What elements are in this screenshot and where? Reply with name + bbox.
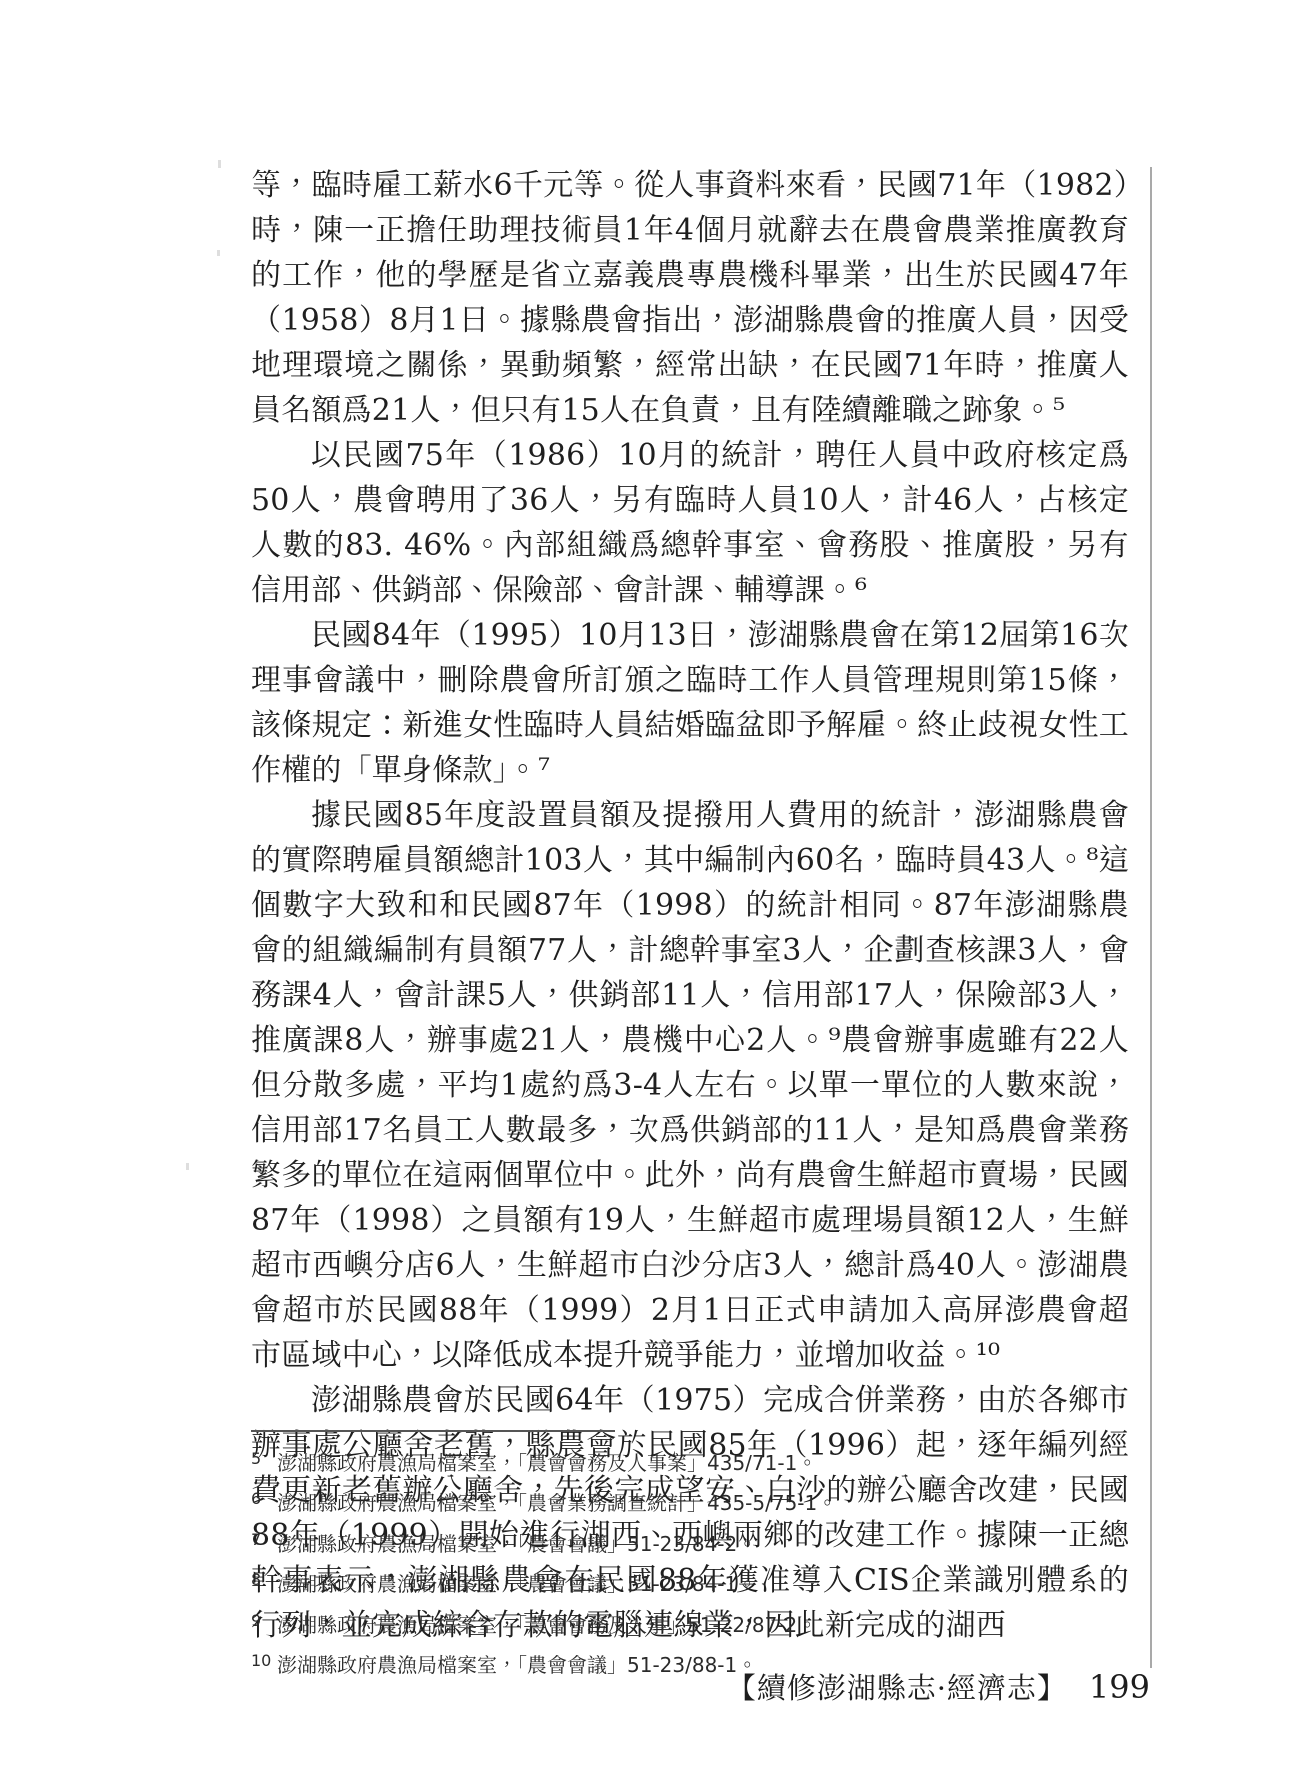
body-paragraph: 以民國75年（1986）10月的統計，聘任人員中政府核定爲50人，農會聘用了36… [251,433,1129,613]
footnote-text: 澎湖縣政府農漁局檔案室，「農會會務及人事」51-22/87-2。 [277,1613,817,1637]
footnote-marker: 5 [251,1441,277,1477]
scan-speck [186,1163,189,1170]
footnote-text: 澎湖縣政府農漁局檔案室，「農會會議」51-23/88-1。 [277,1653,757,1677]
body-paragraph: 據民國85年度設置員額及提撥用人費用的統計，澎湖縣農會的實際聘雇員額總計103人… [251,793,1129,1378]
page-footer: 【續修澎湖縣志·經濟志】 199 [727,1666,1150,1707]
scan-crease-line [1150,167,1152,1668]
footnote-item: 9澎湖縣政府農漁局檔案室，「農會會務及人事」51-22/87-2。 [251,1603,1081,1643]
book-title: 【續修澎湖縣志·經濟志】 [727,1666,1067,1707]
footnote-item: 8澎湖縣政府農漁局檔案室，「農會會議」51-23/84-1。 [251,1562,1081,1602]
scan-speck [217,250,220,256]
footnote-text: 澎湖縣政府農漁局檔案室，「農會業務調查統計」435-5/75-1。 [277,1491,837,1515]
footnote-text: 澎湖縣政府農漁局檔案室，「農會會議」51-23/84-2。 [277,1532,757,1556]
scan-speck [218,160,221,168]
footnote-marker: 10 [251,1643,277,1679]
footnote-item: 6澎湖縣政府農漁局檔案室，「農會業務調查統計」435-5/75-1。 [251,1481,1081,1521]
body-paragraph: 等，臨時雇工薪水6千元等。從人事資料來看，民國71年（1982）時，陳一正擔任助… [251,163,1129,433]
page-number: 199 [1089,1668,1150,1706]
scanned-book-page: 等，臨時雇工薪水6千元等。從人事資料來看，民國71年（1982）時，陳一正擔任助… [0,0,1300,1779]
footnote-item: 5澎湖縣政府農漁局檔案室，「農會會務及人事案」435/71-1。 [251,1441,1081,1481]
footnote-separator [251,1430,615,1432]
footnotes-block: 5澎湖縣政府農漁局檔案室，「農會會務及人事案」435/71-1。 6澎湖縣政府農… [251,1441,1081,1683]
footnote-text: 澎湖縣政府農漁局檔案室，「農會會議」51-23/84-1。 [277,1572,757,1596]
footnote-marker: 7 [251,1522,277,1558]
footnote-marker: 9 [251,1603,277,1639]
footnote-marker: 8 [251,1562,277,1598]
footnote-item: 7澎湖縣政府農漁局檔案室，「農會會議」51-23/84-2。 [251,1522,1081,1562]
footnote-text: 澎湖縣政府農漁局檔案室，「農會會務及人事案」435/71-1。 [277,1451,817,1475]
body-paragraph: 民國84年（1995）10月13日，澎湖縣農會在第12屆第16次理事會議中，刪除… [251,613,1129,793]
body-text-block: 等，臨時雇工薪水6千元等。從人事資料來看，民國71年（1982）時，陳一正擔任助… [251,163,1129,1648]
footnote-marker: 6 [251,1481,277,1517]
